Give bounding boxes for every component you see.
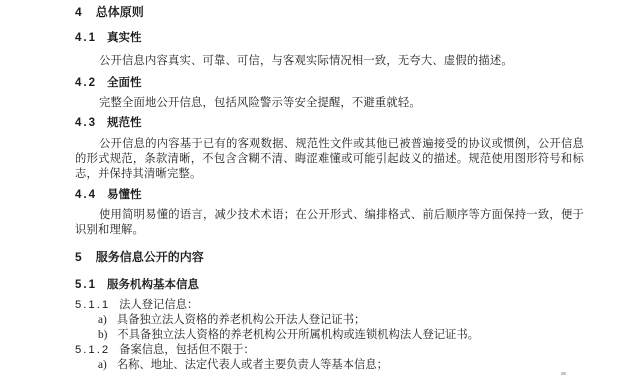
list-item-a2: a)名称、地址、法定代表人或者主要负责人等基本信息； — [75, 358, 584, 373]
clause-5-1-2: 5.1.2备案信息，包括但不限于： — [75, 343, 584, 358]
clause-number: 4 — [75, 5, 83, 19]
clause-5-1-1: 5.1.1法人登记信息： — [75, 298, 584, 313]
clause-title: 规范性 — [107, 117, 142, 129]
clause-number: 5.1.1 — [75, 299, 110, 311]
clause-text: 法人登记信息： — [119, 299, 198, 311]
clause-title: 全面性 — [107, 77, 142, 89]
list-item-text: 不具备独立法人资格的养老机构公开所属机构或连锁机构法人登记证书。 — [117, 329, 479, 341]
list-item-label: a) — [98, 359, 107, 371]
clause-text: 备案信息，包括但不限于： — [119, 344, 255, 356]
subsection-heading-4-1: 4.1真实性 — [75, 31, 584, 46]
clause-number: 4.2 — [75, 77, 97, 89]
clause-title: 服务信息公开的内容 — [96, 250, 204, 264]
clause-number: 5.1 — [75, 279, 97, 291]
paragraph-4-2: 完整全面地公开信息，包括风险警示等安全提醒，不避重就轻。 — [75, 96, 584, 111]
list-item-label: a) — [98, 314, 107, 326]
list-item-b: b)不具备独立法人资格的养老机构公开所属机构或连锁机构法人登记证书。 — [75, 328, 584, 343]
list-item-text: 具备独立法人资格的养老机构公开法人登记证书； — [117, 314, 366, 326]
scan-artifact — [561, 372, 566, 375]
clause-number: 4.3 — [75, 117, 97, 129]
list-item-label: b) — [98, 329, 107, 341]
clause-number: 4.1 — [75, 32, 97, 44]
clause-number: 5 — [75, 250, 83, 264]
paragraph-4-1: 公开信息内容真实、可靠、可信，与客观实际情况相一致，无夸大、虚假的描述。 — [75, 54, 584, 69]
list-item-text: 名称、地址、法定代表人或者主要负责人等基本信息； — [117, 359, 388, 371]
clause-title: 真实性 — [107, 32, 142, 44]
clause-title: 总体原则 — [96, 5, 144, 19]
document-page: 4总体原则 4.1真实性 公开信息内容真实、可靠、可信，与客观实际情况相一致，无… — [0, 0, 640, 377]
paragraph-4-3: 公开信息的内容基于已有的客观数据、规范性文件或其他已被普遍接受的协议或惯例，公开… — [75, 137, 584, 182]
subsection-heading-4-2: 4.2全面性 — [75, 76, 584, 91]
paragraph-4-4: 使用简明易懂的语言，减少技术术语；在公开形式、编排格式、前后顺序等方面保持一致，… — [75, 208, 584, 238]
clause-title: 服务机构基本信息 — [107, 279, 199, 291]
clause-number: 5.1.2 — [75, 344, 110, 356]
section-heading-5: 5服务信息公开的内容 — [75, 250, 584, 265]
subsection-heading-4-3: 4.3规范性 — [75, 116, 584, 131]
clause-number: 4.4 — [75, 189, 97, 201]
list-item-a: a)具备独立法人资格的养老机构公开法人登记证书； — [75, 313, 584, 328]
section-heading-4: 4总体原则 — [75, 5, 584, 20]
subsection-heading-4-4: 4.4易懂性 — [75, 188, 584, 203]
subsection-heading-5-1: 5.1服务机构基本信息 — [75, 278, 584, 293]
clause-title: 易懂性 — [107, 189, 142, 201]
